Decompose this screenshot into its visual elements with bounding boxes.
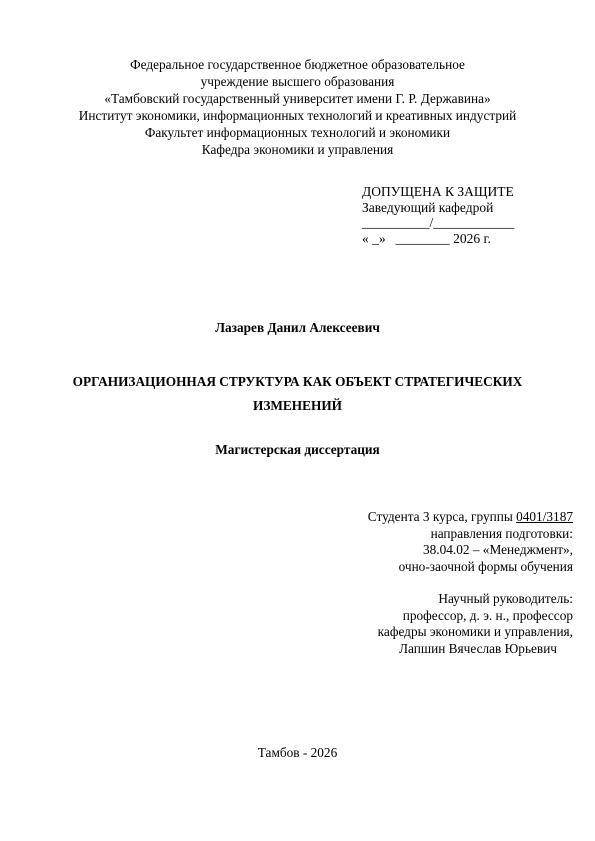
thesis-title-line-1: ОРГАНИЗАЦИОННАЯ СТРУКТУРА КАК ОБЪЕКТ СТР…: [0, 370, 595, 394]
footer-city-year: Тамбов - 2026: [0, 745, 595, 761]
approval-date-line: « _» ________ 2026 г.: [362, 231, 514, 247]
student-direction-code: 38.04.02 – «Менеджмент»,: [368, 542, 573, 559]
approval-block: ДОПУЩЕНА К ЗАЩИТЕ Заведующий кафедрой __…: [362, 184, 514, 246]
institution-header: Федеральное государственное бюджетное об…: [0, 56, 595, 158]
approval-signature-line: __________/____________: [362, 215, 514, 231]
header-line-institute: Институт экономики, информационных техно…: [0, 107, 595, 124]
thesis-title: ОРГАНИЗАЦИОННАЯ СТРУКТУРА КАК ОБЪЕКТ СТР…: [0, 370, 595, 418]
student-info-block: Студента 3 курса, группы 0401/3187 напра…: [368, 509, 573, 575]
approval-heading: ДОПУЩЕНА К ЗАЩИТЕ: [362, 184, 514, 200]
approval-role: Заведующий кафедрой: [362, 200, 514, 216]
student-study-form: очно-заочной формы обучения: [368, 559, 573, 576]
student-direction-label: направления подготовки:: [368, 526, 573, 543]
work-type: Магистерская диссертация: [0, 442, 595, 458]
header-line-university: «Тамбовский государственный университет …: [0, 90, 595, 107]
student-course-label: Студента 3 курса, группы: [368, 509, 516, 524]
supervisor-name: Лапшин Вячеслав Юрьевич: [378, 641, 573, 658]
header-line-institution-type: учреждение высшего образования: [0, 73, 595, 90]
author-name: Лазарев Данил Алексеевич: [0, 320, 595, 336]
supervisor-info-block: Научный руководитель: профессор, д. э. н…: [378, 591, 573, 657]
header-line-federal: Федеральное государственное бюджетное об…: [0, 56, 595, 73]
student-group-number: 0401/3187: [516, 509, 573, 524]
student-course-group: Студента 3 курса, группы 0401/3187: [368, 509, 573, 526]
supervisor-department: кафедры экономики и управления,: [378, 624, 573, 641]
header-line-department: Кафедра экономики и управления: [0, 141, 595, 158]
supervisor-label: Научный руководитель:: [378, 591, 573, 608]
thesis-title-line-2: ИЗМЕНЕНИЙ: [0, 394, 595, 418]
supervisor-title: профессор, д. э. н., профессор: [378, 608, 573, 625]
header-line-faculty: Факультет информационных технологий и эк…: [0, 124, 595, 141]
